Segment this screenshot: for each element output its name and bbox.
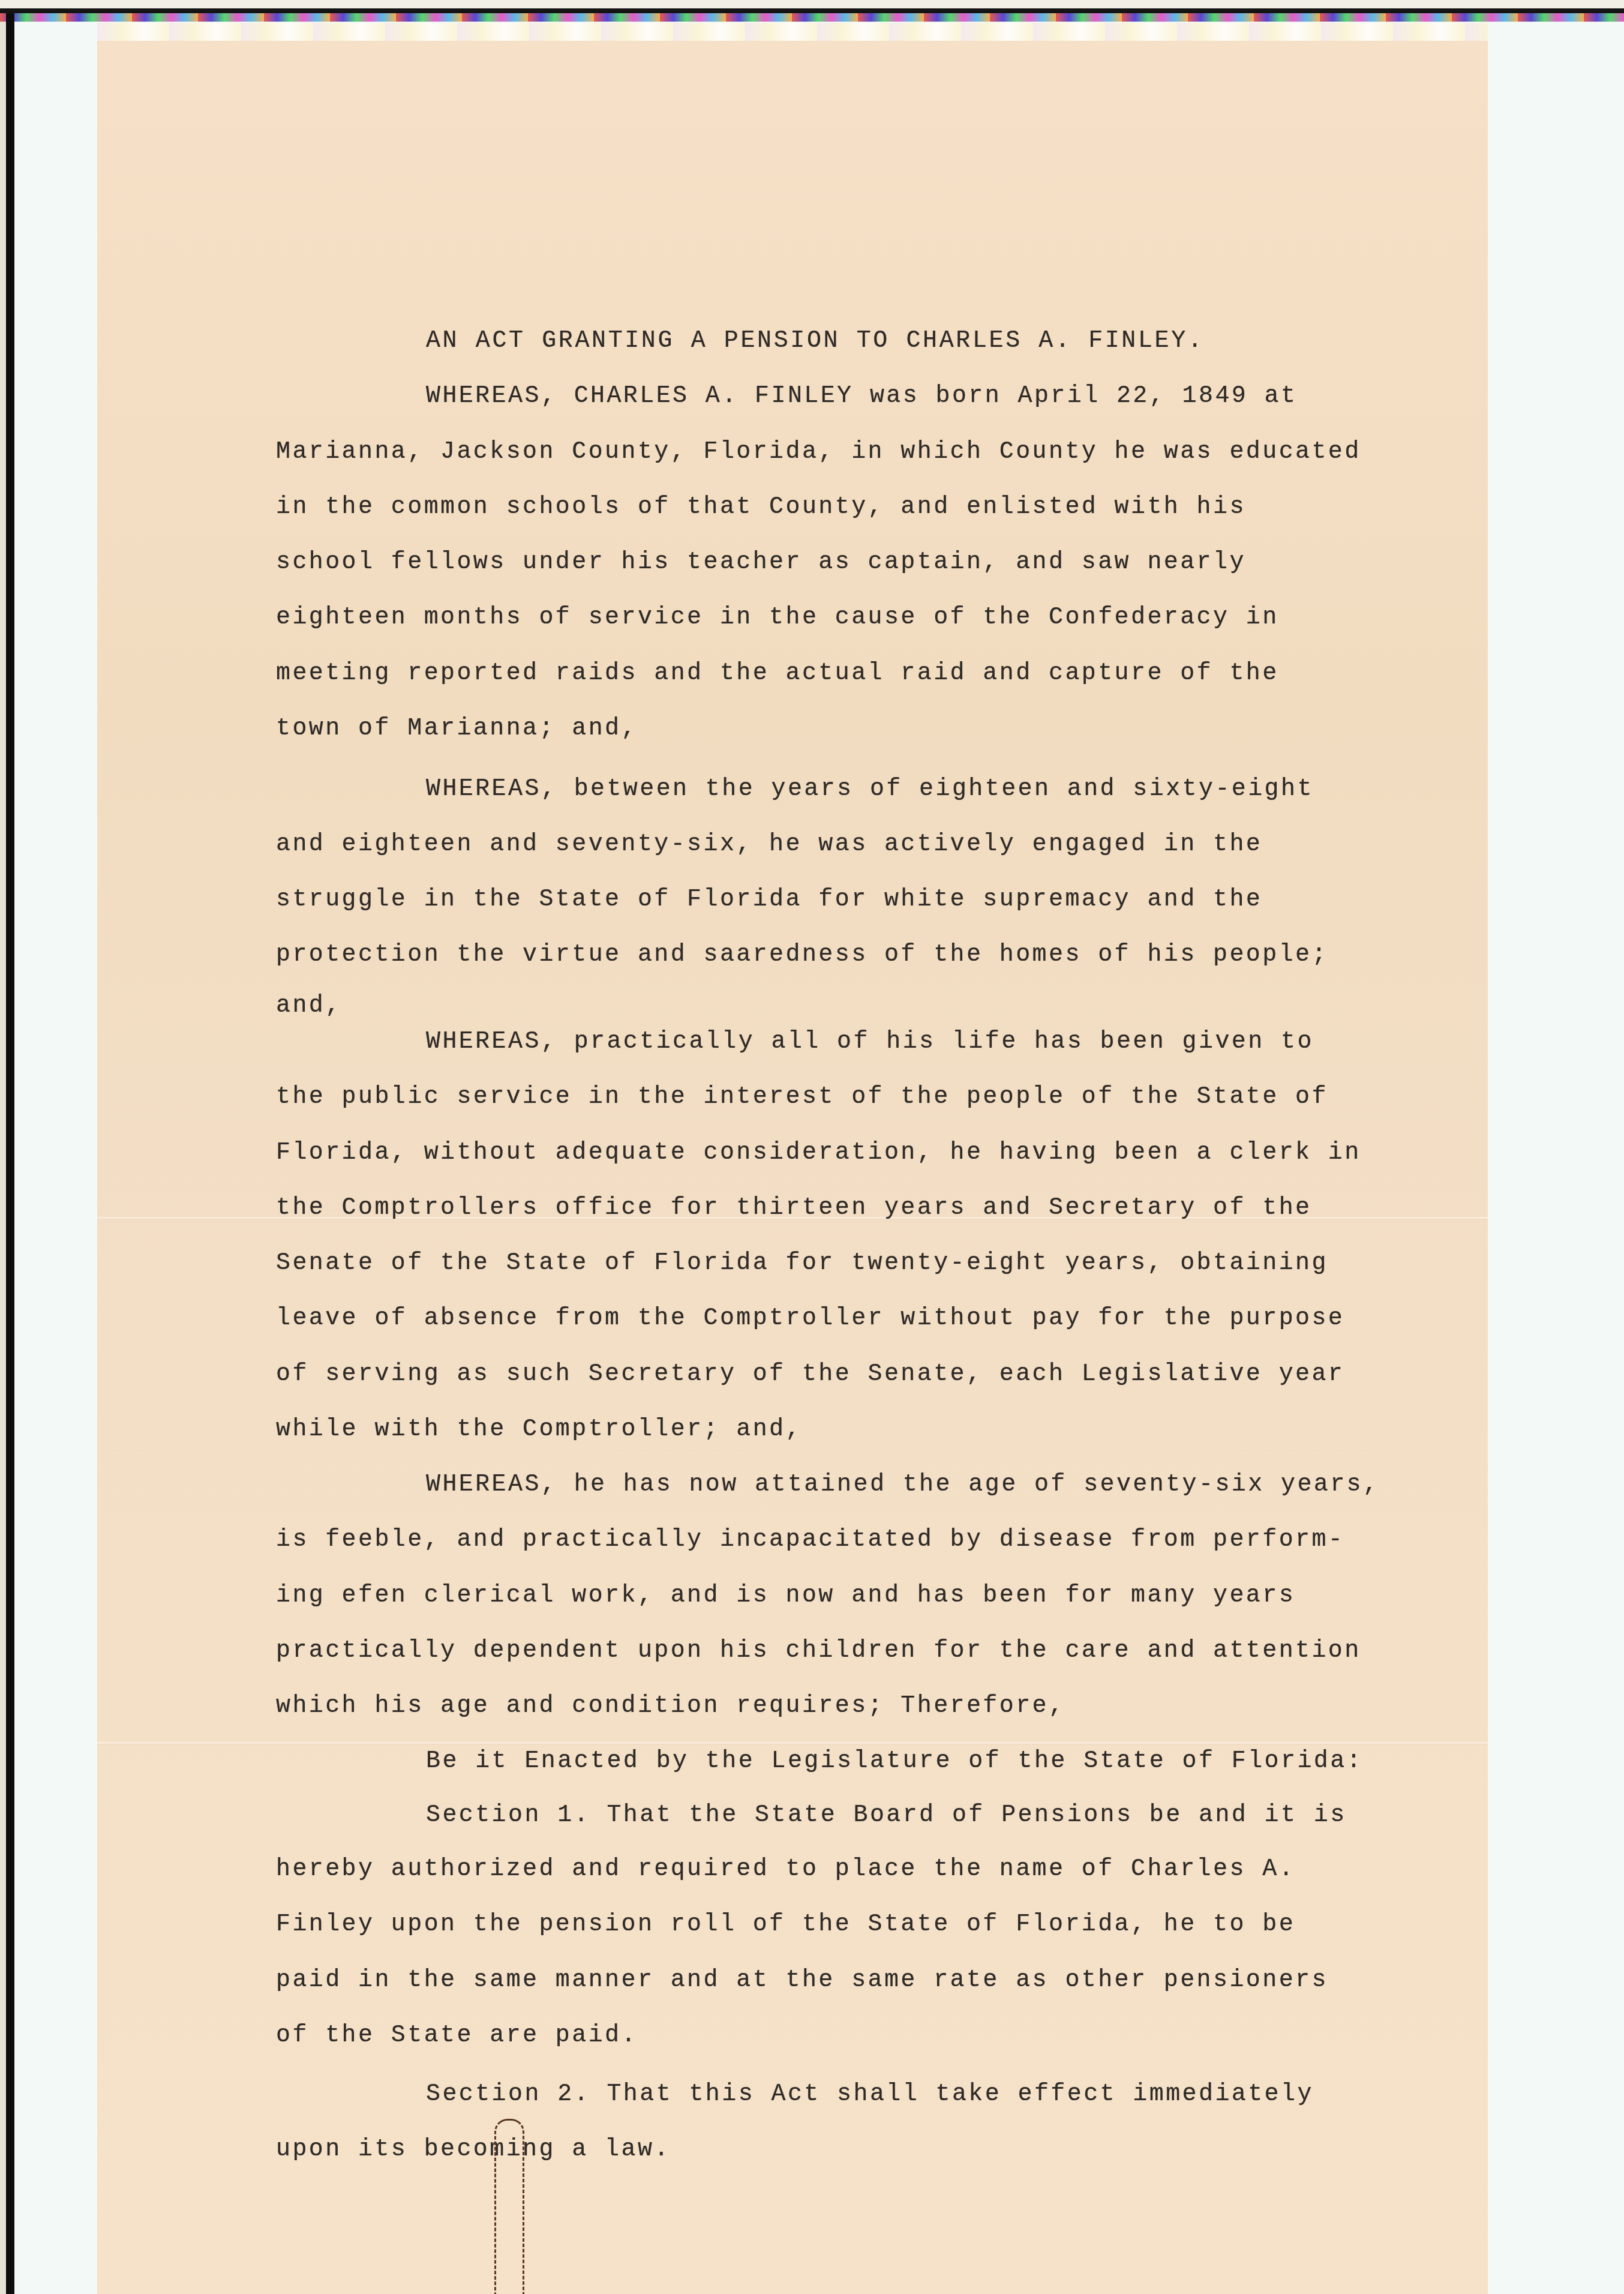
text-line: in the common schools of that County, an… — [276, 494, 1246, 521]
text-line: struggle in the State of Florida for whi… — [276, 886, 1262, 913]
text-line: WHEREAS, practically all of his life has… — [426, 1028, 1314, 1055]
text-line: WHEREAS, between the years of eighteen a… — [426, 776, 1314, 803]
text-line: hereby authorized and required to place … — [276, 1856, 1295, 1883]
enacting-clause: Be it Enacted by the Legislature of the … — [426, 1748, 1363, 1775]
document-page: AN ACT GRANTING A PENSION TO CHARLES A. … — [97, 23, 1488, 2294]
text-line: and eighteen and seventy-six, he was act… — [276, 831, 1262, 858]
text-line: school fellows under his teacher as capt… — [276, 549, 1246, 576]
text-line: WHEREAS, CHARLES A. FINLEY was born Apri… — [426, 383, 1297, 410]
text-line: which his age and condition requires; Th… — [276, 1693, 1065, 1720]
text-line: while with the Comptroller; and, — [276, 1416, 802, 1443]
text-line: the Comptrollers office for thirteen yea… — [276, 1195, 1311, 1222]
text-line: town of Marianna; and, — [276, 715, 638, 742]
text-line: WHEREAS, he has now attained the age of … — [426, 1471, 1379, 1498]
text-line: Florida, without adequate consideration,… — [276, 1139, 1361, 1167]
scan-left-margin — [0, 13, 6, 2294]
text-line: the public service in the interest of th… — [276, 1084, 1328, 1111]
text-line: is feeble, and practically incapacitated… — [276, 1527, 1344, 1554]
text-line: Senate of the State of Florida for twent… — [276, 1250, 1328, 1277]
scan-color-artifact — [0, 13, 1624, 22]
staple-mark — [494, 2119, 524, 2294]
text-line: practically dependent upon his children … — [276, 1638, 1361, 1665]
text-line: leave of absence from the Comptroller wi… — [276, 1305, 1344, 1332]
text-line: of serving as such Secretary of the Sena… — [276, 1361, 1344, 1388]
document-title: AN ACT GRANTING A PENSION TO CHARLES A. … — [426, 328, 1204, 355]
text-line: of the State are paid. — [276, 2022, 638, 2049]
text-line: Marianna, Jackson County, Florida, in wh… — [276, 439, 1361, 466]
scan-left-rule — [6, 13, 14, 2294]
text-line: ing efen clerical work, and is now and h… — [276, 1582, 1295, 1609]
scan-dark-band — [0, 8, 1624, 13]
paper-fold-line — [97, 1742, 1488, 1744]
text-line: meeting reported raids and the actual ra… — [276, 660, 1279, 687]
text-line: upon its becoming a law. — [276, 2136, 671, 2163]
text-line: eighteen months of service in the cause … — [276, 604, 1279, 631]
scan-top-edge — [0, 0, 1624, 8]
section-2-heading-line: Section 2. That this Act shall take effe… — [426, 2081, 1314, 2108]
text-line: paid in the same manner and at the same … — [276, 1967, 1328, 1994]
section-1-heading-line: Section 1. That the State Board of Pensi… — [426, 1802, 1347, 1829]
text-line: Finley upon the pension roll of the Stat… — [276, 1911, 1295, 1938]
paper-top-artifact — [97, 23, 1488, 41]
text-line: protection the virtue and saaredness of … — [276, 941, 1328, 968]
text-line: and, — [276, 992, 342, 1019]
